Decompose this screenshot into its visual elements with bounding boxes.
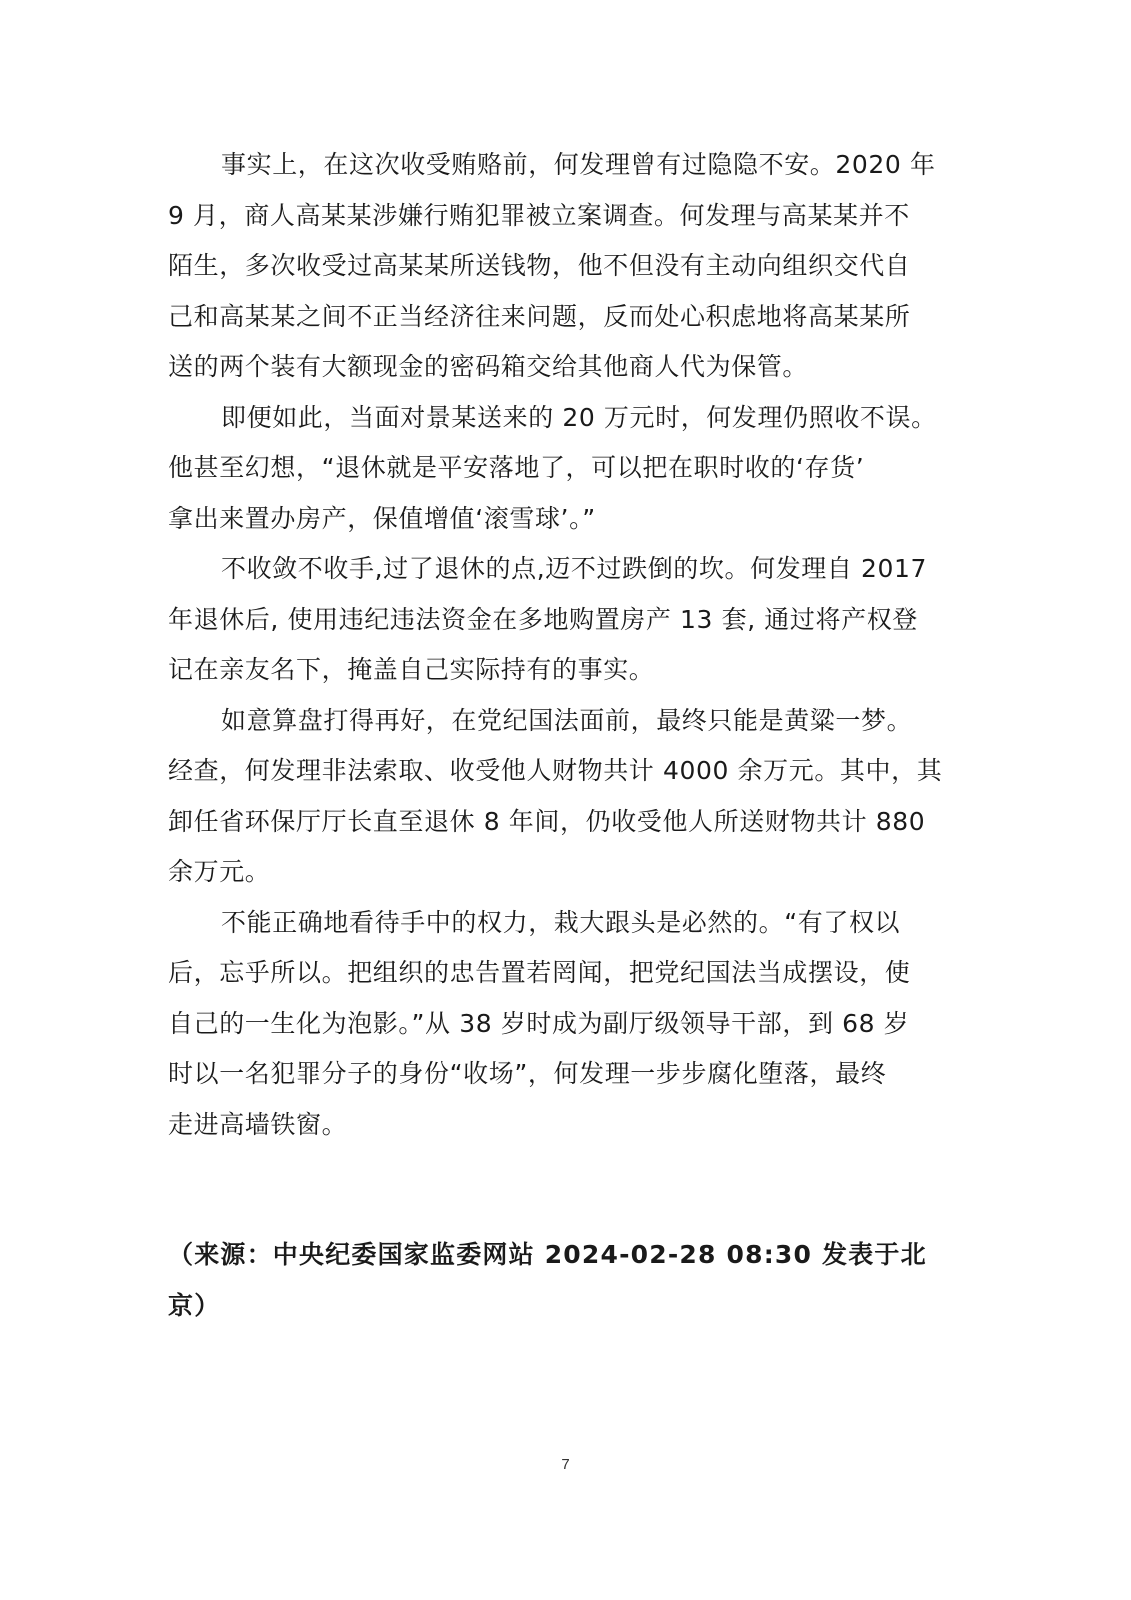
text-line: 记在亲友名下，掩盖自己实际持有的事实。: [168, 645, 942, 696]
text-line: 不能正确地看待手中的权力，栽大跟头是必然的。“有了权以: [168, 898, 942, 949]
text-line: 即便如此，当面对景某送来的 20 万元时，何发理仍照收不误。: [168, 393, 942, 444]
source-line: 京）: [168, 1281, 948, 1332]
text-line: 卸任省环保厅厅长直至退休 8 年间，仍收受他人所送财物共计 880: [168, 797, 942, 848]
paragraph-5: 不能正确地看待手中的权力，栽大跟头是必然的。“有了权以 后，忘乎所以。把组织的忠…: [168, 898, 942, 1151]
text-line: 送的两个装有大额现金的密码箱交给其他商人代为保管。: [168, 342, 942, 393]
text-line: 时以一名犯罪分子的身份“收场”，何发理一步步腐化堕落，最终: [168, 1049, 942, 1100]
text-line: 陌生，多次收受过高某某所送钱物，他不但没有主动向组织交代自: [168, 241, 942, 292]
text-line: 后，忘乎所以。把组织的忠告置若罔闻，把党纪国法当成摆设，使: [168, 948, 942, 999]
text-line: 走进高墙铁窗。: [168, 1100, 942, 1151]
page-number: 7: [0, 1456, 1131, 1473]
text-line: 不收敛不收手,过了退休的点,迈不过跌倒的坎。何发理自 2017: [168, 544, 942, 595]
paragraph-4: 如意算盘打得再好，在党纪国法面前，最终只能是黄粱一梦。 经查，何发理非法索取、收…: [168, 696, 942, 898]
source-attribution: （来源：中央纪委国家监委网站 2024-02-28 08:30 发表于北 京）: [168, 1230, 948, 1331]
paragraph-1: 事实上，在这次收受贿赂前，何发理曾有过隐隐不安。2020 年 9 月，商人高某某…: [168, 140, 942, 393]
text-line: 如意算盘打得再好，在党纪国法面前，最终只能是黄粱一梦。: [168, 696, 942, 747]
article-body: 事实上，在这次收受贿赂前，何发理曾有过隐隐不安。2020 年 9 月，商人高某某…: [168, 140, 942, 1150]
text-line: 9 月，商人高某某涉嫌行贿犯罪被立案调查。何发理与高某某并不: [168, 191, 942, 242]
text-line: 余万元。: [168, 847, 942, 898]
paragraph-2: 即便如此，当面对景某送来的 20 万元时，何发理仍照收不误。 他甚至幻想，“退休…: [168, 393, 942, 545]
text-line: 拿出来置办房产，保值增值‘滚雪球’。”: [168, 494, 942, 545]
text-line: 自己的一生化为泡影。”从 38 岁时成为副厅级领导干部，到 68 岁: [168, 999, 942, 1050]
text-line: 他甚至幻想，“退休就是平安落地了，可以把在职时收的‘存货’: [168, 443, 942, 494]
paragraph-3: 不收敛不收手,过了退休的点,迈不过跌倒的坎。何发理自 2017 年退休后, 使用…: [168, 544, 942, 696]
text-line: 己和高某某之间不正当经济往来问题，反而处心积虑地将高某某所: [168, 292, 942, 343]
source-line: （来源：中央纪委国家监委网站 2024-02-28 08:30 发表于北: [168, 1230, 948, 1281]
text-line: 年退休后, 使用违纪违法资金在多地购置房产 13 套, 通过将产权登: [168, 595, 942, 646]
text-line: 事实上，在这次收受贿赂前，何发理曾有过隐隐不安。2020 年: [168, 140, 942, 191]
text-line: 经查，何发理非法索取、收受他人财物共计 4000 余万元。其中，其: [168, 746, 942, 797]
document-page: 事实上，在这次收受贿赂前，何发理曾有过隐隐不安。2020 年 9 月，商人高某某…: [0, 0, 1131, 1600]
